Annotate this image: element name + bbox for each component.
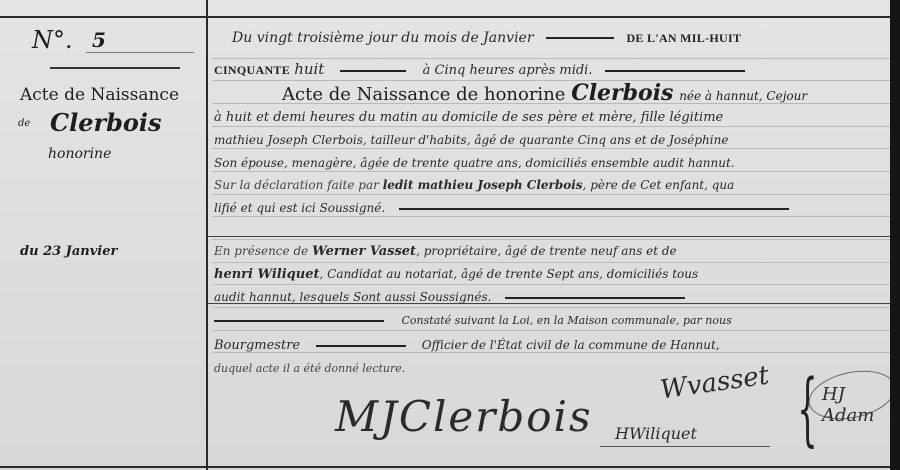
line-6: Son épouse, menagère, âgée de trente qua…	[214, 156, 735, 170]
signature-witness-2: HWiliquet	[615, 424, 697, 443]
line-3: Acte de Naissance de honorine Clerbois n…	[282, 80, 807, 106]
margin-divider	[206, 0, 208, 470]
line-7: Sur la déclaration faite par ledit mathi…	[214, 178, 734, 192]
page-edge	[890, 0, 900, 470]
margin-prefix: de	[18, 118, 30, 129]
signature-witness-1: Wvasset	[658, 361, 771, 406]
top-rule	[0, 16, 890, 18]
signature-officer: HJ Adam	[822, 384, 890, 426]
line-1: Du vingt troisième jour du mois de Janvi…	[232, 30, 741, 46]
bottom-rule	[0, 466, 890, 468]
entry-number-label: N°.	[32, 26, 73, 54]
signature-father: MJClerbois	[335, 392, 593, 441]
register-page: N°. 5 Acte de Naissance de Clerbois hono…	[0, 0, 890, 470]
line-4: à huit et demi heures du matin au domici…	[214, 110, 723, 125]
line-10: henri Wiliquet, Candidat au notariat, âg…	[214, 267, 698, 282]
line-9: En présence de Werner Vasset, propriétai…	[214, 244, 677, 259]
line-13: Bourgmestre Officier de l'État civil de …	[214, 338, 720, 353]
margin-given-name: honorine	[48, 146, 111, 162]
entry-number: 5	[92, 28, 106, 52]
line-14: duquel acte il a été donné lecture.	[214, 362, 405, 375]
margin-title: Acte de Naissance	[20, 85, 179, 105]
line-5: mathieu Joseph Clerbois, tailleur d'habi…	[214, 133, 728, 147]
line-11: audit hannut, lesquels Sont aussi Soussi…	[214, 290, 685, 304]
margin-date-note: du 23 Janvier	[20, 244, 117, 259]
line-12: Constaté suivant la Loi, en la Maison co…	[214, 314, 732, 327]
line-8: lifié et qui est ici Soussigné.	[214, 201, 789, 215]
line-2: CINQUANTE huit à Cinq heures après midi.	[214, 60, 745, 78]
margin-surname: Clerbois	[50, 108, 162, 137]
